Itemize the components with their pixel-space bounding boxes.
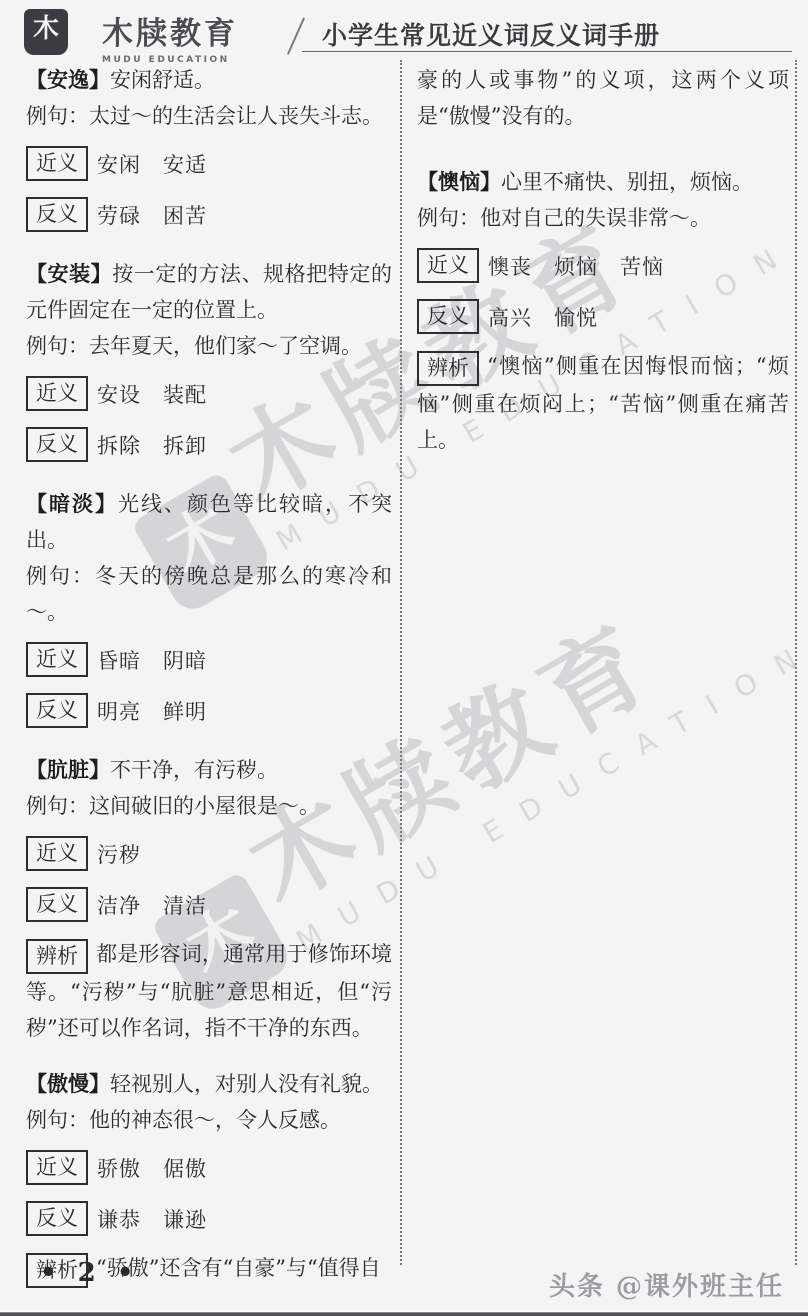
- brand-logo-char: 木: [33, 14, 59, 44]
- antonym-tag: 反义: [26, 427, 88, 462]
- antonym-row: 反义 劳碌 困苦: [26, 193, 392, 236]
- right-column: 豪的人或事物”的义项，这两个义项是“傲慢”没有的。 【懊恼】心里不痛快、别扭，烦…: [417, 62, 789, 478]
- entry-aonao: 【懊恼】心里不痛快、别扭，烦恼。 例句：他对自己的失误非常～。 近义 懊丧 烦恼…: [417, 164, 789, 458]
- entry-aoman: 【傲慢】轻视别人，对别人没有礼貌。 例句：他的神态很～，令人反感。 近义 骄傲 …: [26, 1066, 392, 1288]
- definition-line: 【傲慢】轻视别人，对别人没有礼貌。: [26, 1066, 392, 1102]
- entry-andan: 【暗淡】光线、颜色等比较暗，不突出。 例句：冬天的傍晚总是那么的寒冷和～。 近义…: [26, 486, 392, 732]
- antonym-words: 劳碌 困苦: [97, 200, 207, 230]
- definition-text: 轻视别人，对别人没有礼貌。: [110, 1072, 383, 1096]
- definition-text: 安闲舒适。: [110, 68, 215, 92]
- toutiao-credit-watermark: 头条 @课外班主任: [549, 1266, 784, 1303]
- definition-line: 【懊恼】心里不痛快、别扭，烦恼。: [417, 164, 789, 200]
- synonym-row: 近义 昏暗 阴暗: [26, 638, 392, 681]
- definition-line: 【肮脏】不干净，有污秽。: [26, 752, 392, 788]
- antonym-tag: 反义: [26, 197, 88, 232]
- analysis-line: 辨析“懊恼”侧重在因悔恨而恼；“烦恼”侧重在烦闷上；“苦恼”侧重在痛苦上。: [417, 348, 789, 458]
- analysis-line: 辨析都是形容词，通常用于修饰环境等。“污秽”与“肮脏”意思相近，但“污秽”还可以…: [26, 936, 392, 1046]
- headword: 【肮脏】: [26, 757, 110, 782]
- example-line: 例句：去年夏天，他们家～了空调。: [26, 328, 392, 364]
- header-divider-slash: [287, 17, 305, 54]
- antonym-row: 反义 洁净 清洁: [26, 883, 392, 926]
- synonym-words: 懊丧 烦恼 苦恼: [488, 251, 664, 281]
- synonym-row: 近义 懊丧 烦恼 苦恼: [417, 244, 789, 287]
- page-number: • 2 •: [40, 1258, 139, 1288]
- antonym-row: 反义 明亮 鲜明: [26, 689, 392, 732]
- headword: 【安逸】: [26, 67, 110, 92]
- column-divider-dotted: [400, 60, 402, 1265]
- bottom-scan-edge: [0, 1310, 808, 1316]
- antonym-words: 谦恭 谦逊: [97, 1204, 207, 1234]
- synonym-words: 污秽: [97, 839, 141, 869]
- definition-line: 【安逸】安闲舒适。: [26, 62, 392, 98]
- headword: 【懊恼】: [417, 169, 501, 194]
- synonym-row: 近义 骄傲 倨傲: [26, 1146, 392, 1189]
- synonym-tag: 近义: [417, 248, 479, 283]
- left-column: 【安逸】安闲舒适。 例句：太过～的生活会让人丧失斗志。 近义 安闲 安适 反义 …: [26, 62, 392, 1308]
- antonym-row: 反义 拆除 拆卸: [26, 423, 392, 466]
- synonym-row: 近义 污秽: [26, 832, 392, 875]
- synonym-tag: 近义: [26, 836, 88, 871]
- entry-angzang: 【肮脏】不干净，有污秽。 例句：这间破旧的小屋很是～。 近义 污秽 反义 洁净 …: [26, 752, 392, 1046]
- synonym-tag: 近义: [26, 642, 88, 677]
- synonym-row: 近义 安闲 安适: [26, 142, 392, 185]
- antonym-tag: 反义: [417, 299, 479, 334]
- antonym-words: 洁净 清洁: [97, 890, 207, 920]
- scanned-handbook-page: 木 木牍教育 MUDU EDUCATION 木 木牍教育 MUDU EDUCAT…: [0, 0, 808, 1316]
- brand-name-cn: 木牍教育: [102, 8, 238, 53]
- antonym-words: 明亮 鲜明: [97, 696, 207, 726]
- antonym-words: 拆除 拆卸: [97, 430, 207, 460]
- header-rule: [302, 51, 792, 52]
- synonym-tag: 近义: [26, 1150, 88, 1185]
- antonym-tag: 反义: [26, 887, 88, 922]
- definition-line: 【暗淡】光线、颜色等比较暗，不突出。: [26, 486, 392, 558]
- entry-anyi: 【安逸】安闲舒适。 例句：太过～的生活会让人丧失斗志。 近义 安闲 安适 反义 …: [26, 62, 392, 236]
- antonym-row: 反义 谦恭 谦逊: [26, 1197, 392, 1240]
- brand-logo-icon: 木: [24, 9, 68, 55]
- synonym-words: 昏暗 阴暗: [97, 645, 207, 675]
- example-line: 例句：太过～的生活会让人丧失斗志。: [26, 98, 392, 134]
- example-line: 例句：他的神态很～，令人反感。: [26, 1102, 392, 1138]
- headword: 【暗淡】: [26, 491, 118, 516]
- definition-text: 不干净，有污秽。: [110, 758, 278, 782]
- synonym-words: 安设 装配: [97, 379, 207, 409]
- example-line: 例句：他对自己的失误非常～。: [417, 200, 789, 236]
- definition-text: 心里不痛快、别扭，烦恼。: [501, 170, 753, 194]
- headword: 【安装】: [26, 261, 112, 286]
- synonym-tag: 近义: [26, 376, 88, 411]
- page-title: 小学生常见近义词反义词手册: [322, 16, 660, 52]
- antonym-tag: 反义: [26, 1201, 88, 1236]
- synonym-row: 近义 安设 装配: [26, 372, 392, 415]
- example-line: 例句：这间破旧的小屋很是～。: [26, 788, 392, 824]
- synonym-tag: 近义: [26, 146, 88, 181]
- page-edge-divider-dotted: [795, 60, 797, 1265]
- headword: 【傲慢】: [26, 1071, 110, 1096]
- page-header: 木 木牍教育 MUDU EDUCATION 小学生常见近义词反义词手册: [0, 0, 808, 60]
- antonym-tag: 反义: [26, 693, 88, 728]
- synonym-words: 安闲 安适: [97, 149, 207, 179]
- antonym-row: 反义 高兴 愉悦: [417, 295, 789, 338]
- analysis-tag: 辨析: [26, 939, 88, 974]
- entry-anzhuang: 【安装】按一定的方法、规格把特定的元件固定在一定的位置上。 例句：去年夏天，他们…: [26, 256, 392, 466]
- analysis-continuation: 豪的人或事物”的义项，这两个义项是“傲慢”没有的。: [417, 62, 789, 134]
- definition-line: 【安装】按一定的方法、规格把特定的元件固定在一定的位置上。: [26, 256, 392, 328]
- analysis-tag: 辨析: [417, 351, 479, 386]
- example-line: 例句：冬天的傍晚总是那么的寒冷和～。: [26, 558, 392, 630]
- brand-lockup: 木牍教育 MUDU EDUCATION: [102, 8, 238, 65]
- antonym-words: 高兴 愉悦: [488, 302, 598, 332]
- synonym-words: 骄傲 倨傲: [97, 1153, 207, 1183]
